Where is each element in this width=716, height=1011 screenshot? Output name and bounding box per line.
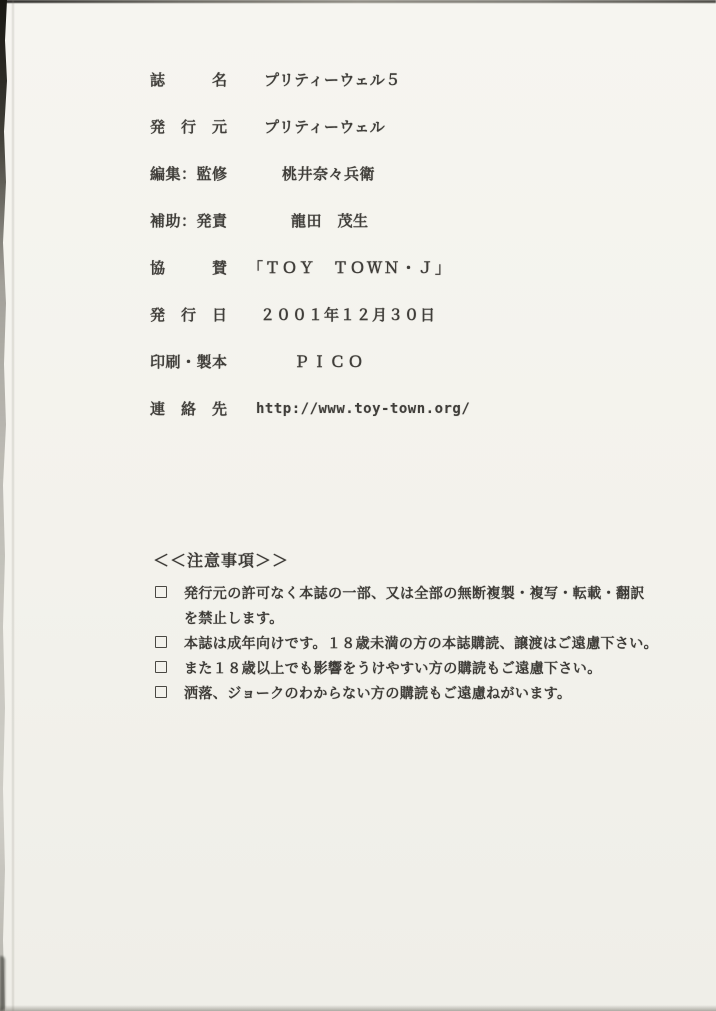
colophon-row-editor: 編集：監修 桃井奈々兵衛 bbox=[150, 166, 630, 182]
scan-edge-left bbox=[0, 0, 8, 1011]
notice-text: 発行元の許可なく本誌の一部、又は全部の無断複製・複写・転載・翻訳 bbox=[184, 583, 645, 603]
notice-text: 洒落、ジョークのわからない方の購読もご遠慮ねがいます。 bbox=[184, 683, 571, 703]
colophon-label: 補助：発責 bbox=[150, 213, 234, 229]
notice-item: 発行元の許可なく本誌の一部、又は全部の無断複製・複写・転載・翻訳 bbox=[155, 580, 685, 605]
colophon-label: 編集：監修 bbox=[150, 166, 234, 182]
colophon-value: プリティーウェル５ bbox=[264, 72, 401, 88]
colophon-value: 桃井奈々兵衛 bbox=[282, 166, 375, 182]
notice-text: を禁止します。 bbox=[184, 608, 284, 628]
colophon-value: 「ＴＯＹ ＴＯＷＮ・Ｊ」 bbox=[248, 260, 452, 276]
notice-text: 本誌は成年向けです。１８歳未満の方の本誌購読、譲渡はご遠慮下さい。 bbox=[184, 633, 658, 653]
colophon-value: ２００１年１２月３０日 bbox=[260, 307, 436, 323]
colophon-label: 誌 名 bbox=[150, 72, 234, 88]
colophon-label: 印刷・製本 bbox=[150, 354, 234, 370]
colophon-row-sponsor: 協 賛 「ＴＯＹ ＴＯＷＮ・Ｊ」 bbox=[150, 260, 630, 276]
contact-url: http://www.toy-town.org/ bbox=[256, 401, 470, 417]
notice-heading: ＜＜注意事項＞＞ bbox=[153, 551, 685, 571]
checkbox-icon bbox=[155, 636, 167, 648]
paper-crease bbox=[12, 0, 14, 1011]
checkbox-icon bbox=[155, 586, 167, 598]
colophon-label: 協 賛 bbox=[150, 260, 234, 276]
colophon-row-assistant: 補助：発責 龍田 茂生 bbox=[150, 213, 630, 229]
colophon-label: 連 絡 先 bbox=[150, 401, 234, 417]
colophon-value: プリティーウェル bbox=[264, 119, 385, 135]
colophon-row-title: 誌 名 プリティーウェル５ bbox=[150, 72, 630, 88]
colophon-value: ＰＩＣＯ bbox=[294, 354, 366, 370]
colophon-row-contact: 連 絡 先 http://www.toy-town.org/ bbox=[150, 401, 630, 417]
colophon-label: 発 行 日 bbox=[150, 307, 234, 323]
notice-block: ＜＜注意事項＞＞ 発行元の許可なく本誌の一部、又は全部の無断複製・複写・転載・翻… bbox=[155, 551, 685, 705]
checkbox-icon bbox=[155, 661, 167, 673]
notice-item: 本誌は成年向けです。１８歳未満の方の本誌購読、譲渡はご遠慮下さい。 bbox=[155, 630, 685, 655]
notice-item: 洒落、ジョークのわからない方の購読もご遠慮ねがいます。 bbox=[155, 680, 685, 705]
colophon-row-publisher: 発 行 元 プリティーウェル bbox=[150, 119, 630, 135]
notice-item: また１８歳以上でも影響をうけやすい方の購読もご遠慮下さい。 bbox=[155, 655, 685, 680]
scan-edge-bottom bbox=[0, 1005, 716, 1011]
colophon-block: 誌 名 プリティーウェル５ 発 行 元 プリティーウェル 編集：監修 桃井奈々兵… bbox=[150, 72, 630, 448]
notice-item-continuation: を禁止します。 bbox=[155, 605, 685, 630]
colophon-value: 龍田 茂生 bbox=[291, 213, 369, 229]
colophon-row-printer: 印刷・製本 ＰＩＣＯ bbox=[150, 354, 630, 370]
colophon-row-date: 発 行 日 ２００１年１２月３０日 bbox=[150, 307, 630, 323]
colophon-label: 発 行 元 bbox=[150, 119, 234, 135]
scanned-page: { "page": { "paper_color": "#f3f2ec", "i… bbox=[0, 0, 716, 1011]
notice-text: また１８歳以上でも影響をうけやすい方の購読もご遠慮下さい。 bbox=[184, 658, 602, 678]
checkbox-icon bbox=[155, 686, 167, 698]
scan-edge-top bbox=[0, 0, 716, 3]
scan-corner-mark bbox=[0, 956, 5, 1011]
